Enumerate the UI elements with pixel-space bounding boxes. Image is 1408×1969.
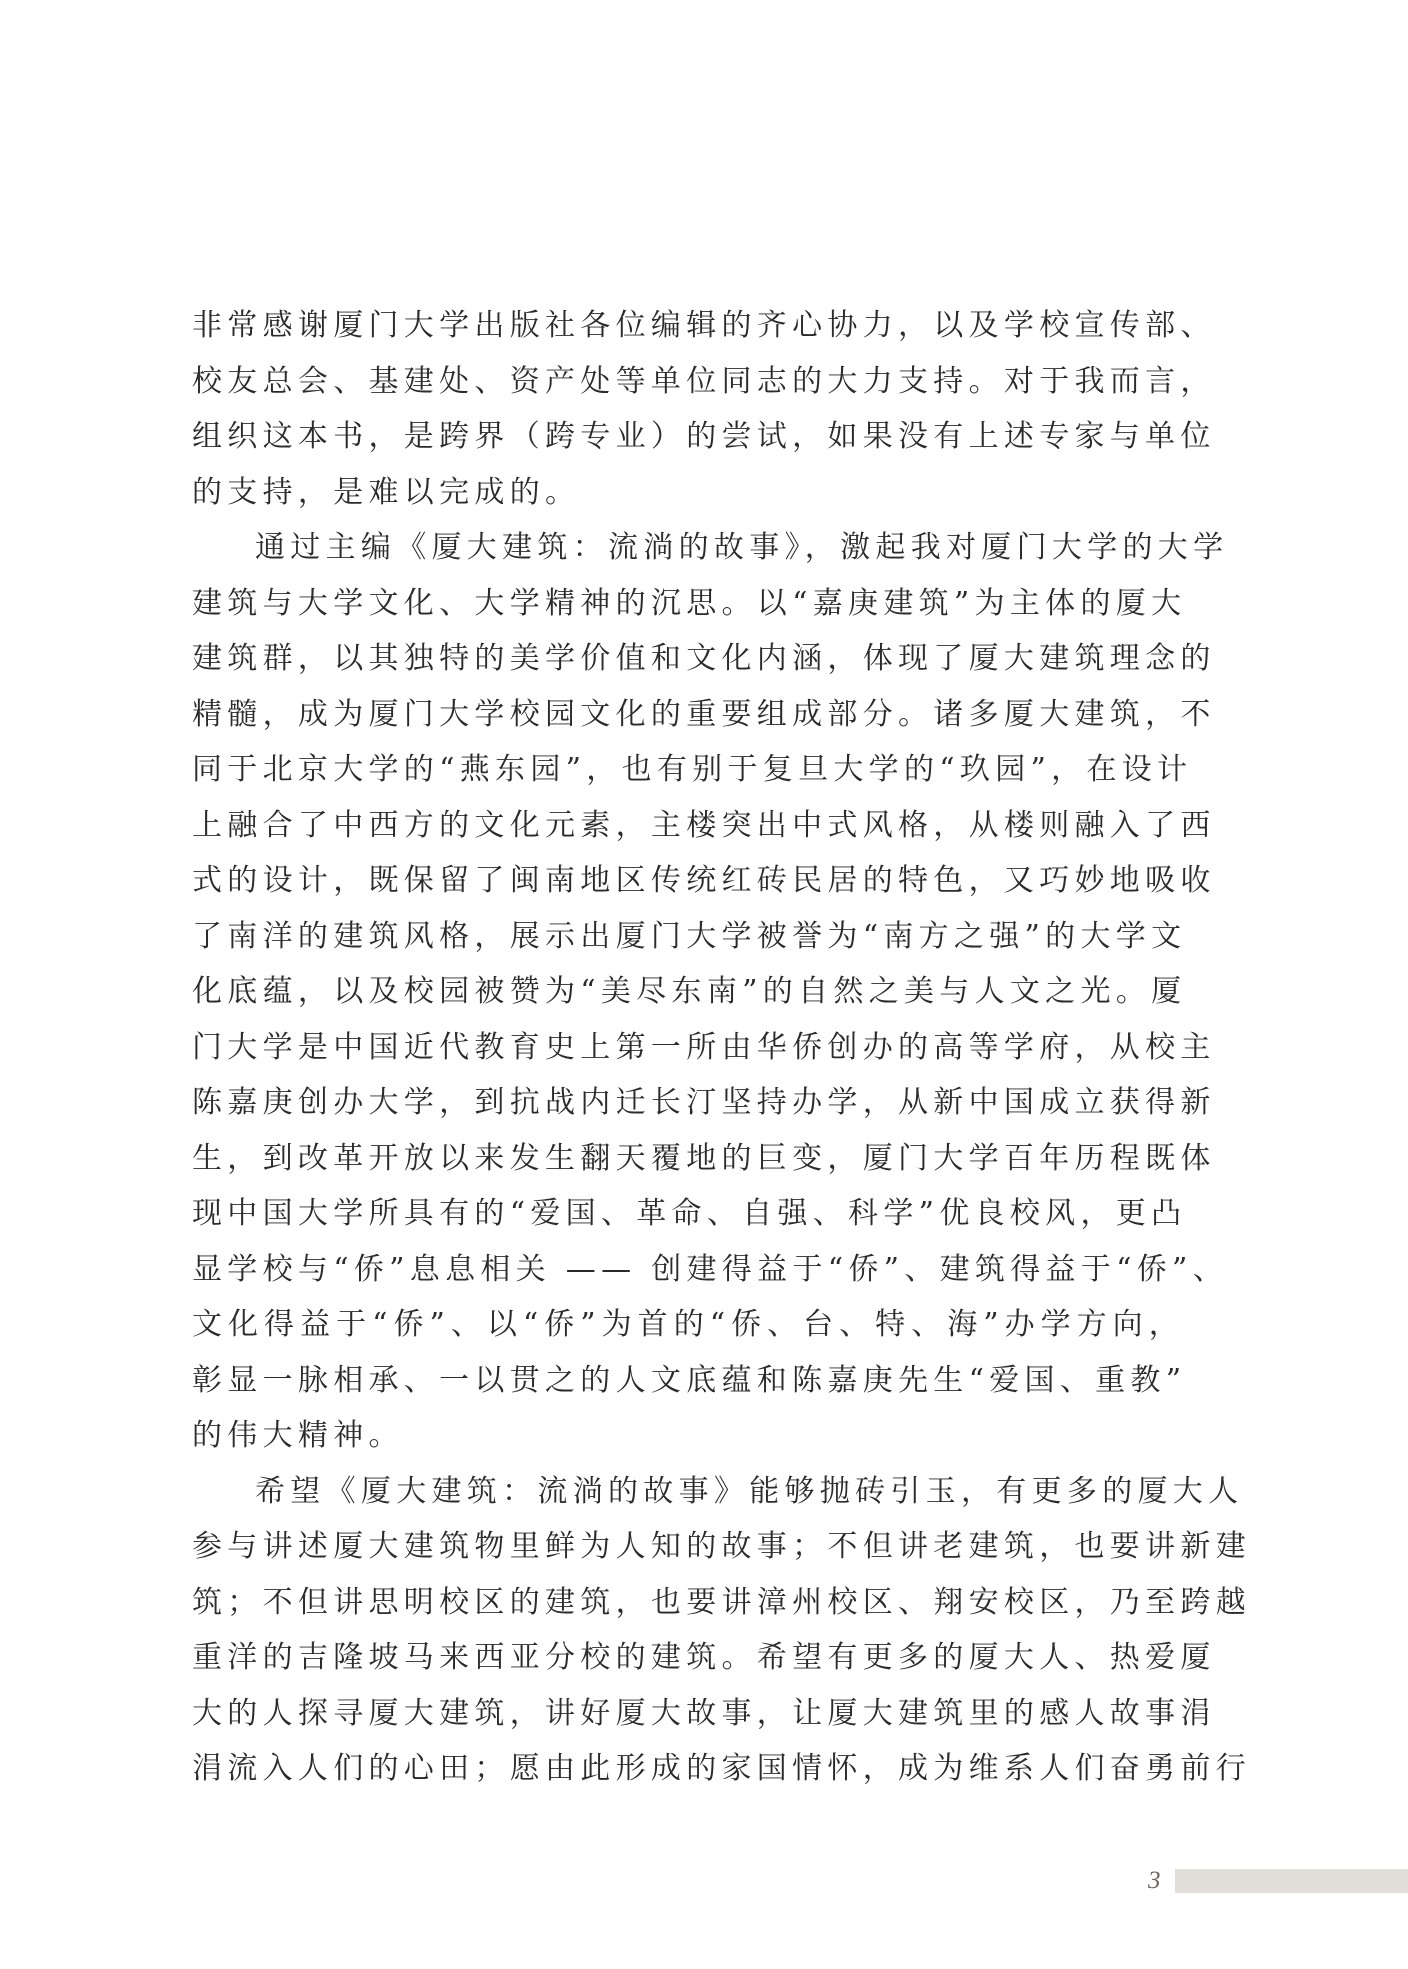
text-line: 校友总会、基建处、资产处等单位同志的大力支持。对于我而言，	[192, 354, 1184, 410]
text-line: 希望《厦大建筑：流淌的故事》能够抛砖引玉，有更多的厦大人	[192, 1464, 1184, 1520]
text-line: 参与讲述厦大建筑物里鲜为人知的故事；不但讲老建筑，也要讲新建	[192, 1519, 1184, 1575]
page-footer-bar	[1175, 1869, 1408, 1893]
page-number: 3	[1148, 1866, 1161, 1896]
text-line: 涓流入人们的心田；愿由此形成的家国情怀，成为维系人们奋勇前行	[192, 1741, 1184, 1797]
text-line: 大的人探寻厦大建筑，讲好厦大故事，让厦大建筑里的感人故事涓	[192, 1686, 1184, 1742]
text-line: 文化得益于“侨”、以“侨”为首的“侨、台、特、海”办学方向，	[192, 1297, 1184, 1353]
text-line: 非常感谢厦门大学出版社各位编辑的齐心协力，以及学校宣传部、	[192, 298, 1184, 354]
body-text: 非常感谢厦门大学出版社各位编辑的齐心协力，以及学校宣传部、校友总会、基建处、资产…	[192, 298, 1184, 1797]
text-line: 同于北京大学的“燕东园”，也有别于复旦大学的“玖园”，在设计	[192, 742, 1184, 798]
paragraph: 希望《厦大建筑：流淌的故事》能够抛砖引玉，有更多的厦大人参与讲述厦大建筑物里鲜为…	[192, 1464, 1184, 1797]
paragraph: 通过主编《厦大建筑：流淌的故事》，激起我对厦门大学的大学建筑与大学文化、大学精神…	[192, 520, 1184, 1464]
text-line: 的支持，是难以完成的。	[192, 465, 1184, 521]
text-line: 的伟大精神。	[192, 1408, 1184, 1464]
text-line: 建筑群，以其独特的美学价值和文化内涵，体现了厦大建筑理念的	[192, 631, 1184, 687]
text-line: 了南洋的建筑风格，展示出厦门大学被誉为“南方之强”的大学文	[192, 909, 1184, 965]
text-line: 上融合了中西方的文化元素，主楼突出中式风格，从楼则融入了西	[192, 798, 1184, 854]
text-line: 显学校与“侨”息息相关 —— 创建得益于“侨”、建筑得益于“侨”、	[192, 1242, 1184, 1298]
text-line: 筑；不但讲思明校区的建筑，也要讲漳州校区、翔安校区，乃至跨越	[192, 1575, 1184, 1631]
text-line: 建筑与大学文化、大学精神的沉思。以“嘉庚建筑”为主体的厦大	[192, 576, 1184, 632]
text-line: 式的设计，既保留了闽南地区传统红砖民居的特色，又巧妙地吸收	[192, 853, 1184, 909]
book-page: 非常感谢厦门大学出版社各位编辑的齐心协力，以及学校宣传部、校友总会、基建处、资产…	[0, 0, 1408, 1969]
text-line: 陈嘉庚创办大学，到抗战内迁长汀坚持办学，从新中国成立获得新	[192, 1075, 1184, 1131]
text-line: 精髓，成为厦门大学校园文化的重要组成部分。诸多厦大建筑，不	[192, 687, 1184, 743]
text-line: 组织这本书，是跨界（跨专业）的尝试，如果没有上述专家与单位	[192, 409, 1184, 465]
paragraph: 非常感谢厦门大学出版社各位编辑的齐心协力，以及学校宣传部、校友总会、基建处、资产…	[192, 298, 1184, 520]
text-line: 重洋的吉隆坡马来西亚分校的建筑。希望有更多的厦大人、热爱厦	[192, 1630, 1184, 1686]
text-line: 门大学是中国近代教育史上第一所由华侨创办的高等学府，从校主	[192, 1020, 1184, 1076]
text-line: 生，到改革开放以来发生翻天覆地的巨变，厦门大学百年历程既体	[192, 1131, 1184, 1187]
text-line: 通过主编《厦大建筑：流淌的故事》，激起我对厦门大学的大学	[192, 520, 1184, 576]
text-line: 彰显一脉相承、一以贯之的人文底蕴和陈嘉庚先生“爱国、重教”	[192, 1353, 1184, 1409]
text-line: 现中国大学所具有的“爱国、革命、自强、科学”优良校风，更凸	[192, 1186, 1184, 1242]
text-line: 化底蕴，以及校园被赞为“美尽东南”的自然之美与人文之光。厦	[192, 964, 1184, 1020]
